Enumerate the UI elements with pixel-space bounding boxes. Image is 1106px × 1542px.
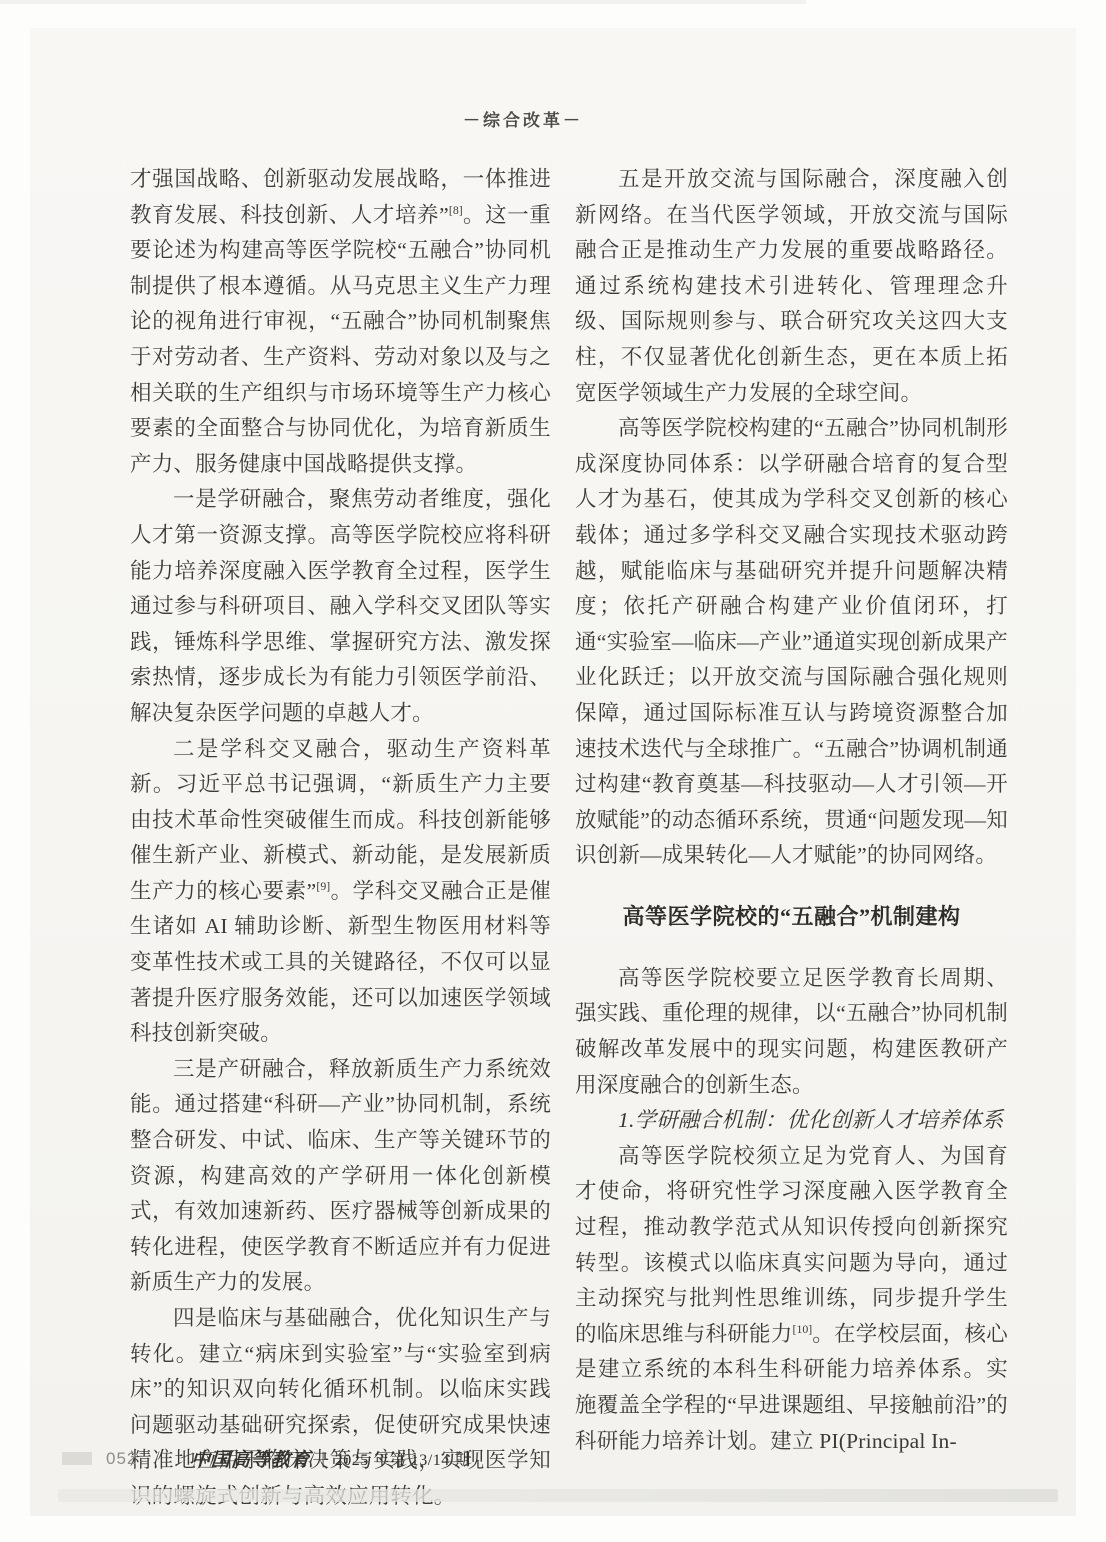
page-footer: 052 中国高等教育 | 2025 年第 13/14 期	[62, 1445, 471, 1472]
body-paragraph: 高等医学院校须立足为党育人、为国育才使命，将研究性学习深度融入医学教育全过程，推…	[575, 1139, 1008, 1459]
body-paragraph: 一是学研融合，聚焦劳动者维度，强化人才第一资源支撑。高等医学院校应将科研能力培养…	[130, 482, 551, 731]
body-paragraph: 高等医学院校构建的“五融合”协同机制形成深度协同体系：以学研融合培育的复合型人才…	[575, 411, 1008, 874]
section-heading: 高等医学院校的“五融合”机制建构	[575, 900, 1008, 931]
page-number: 052	[106, 1449, 137, 1469]
body-paragraph: 五是开放交流与国际融合，深度融入创新网络。在当代医学领域，开放交流与国际融合正是…	[575, 162, 1008, 411]
footer-separator: |	[321, 1449, 324, 1469]
journal-logo-text: 中国高等教育	[190, 1445, 312, 1472]
section-kicker: －综合改革－	[30, 106, 1016, 131]
body-paragraph: 三是产研融合，释放新质生产力系统效能。通过搭建“科研—产业”协同机制，系统整合研…	[130, 1052, 551, 1301]
issue-info: 2025 年第 13/14 期	[335, 1447, 471, 1470]
page-surface: －综合改革－ 才强国战略、创新驱动发展战略，一体推进教育发展、科技创新、人才培养…	[30, 28, 1076, 1516]
body-paragraph: 高等医学院校要立足医学教育长周期、强实践、重伦理的规律，以“五融合”协同机制破解…	[575, 961, 1008, 1103]
right-text-column: 五是开放交流与国际融合，深度融入创新网络。在当代医学领域，开放交流与国际融合正是…	[575, 162, 1008, 1459]
footer-marker-block	[62, 1452, 92, 1465]
body-paragraph: 四是临床与基础融合，优化知识生产与转化。建立“病床到实验室”与“实验室到病床”的…	[130, 1301, 551, 1515]
left-text-column: 才强国战略、创新驱动发展战略，一体推进教育发展、科技创新、人才培养”[8]。这一…	[130, 162, 551, 1515]
numbered-subheading: 1.学研融合机制：优化创新人才培养体系	[575, 1103, 1008, 1139]
scanned-journal-page: －综合改革－ 才强国战略、创新驱动发展战略，一体推进教育发展、科技创新、人才培养…	[0, 0, 1106, 1542]
body-paragraph: 才强国战略、创新驱动发展战略，一体推进教育发展、科技创新、人才培养”[8]。这一…	[130, 162, 551, 482]
body-paragraph: 二是学科交叉融合，驱动生产资料革新。习近平总书记强调，“新质生产力主要由技术革命…	[130, 732, 551, 1052]
paper-bottom-edge	[58, 1489, 1058, 1502]
